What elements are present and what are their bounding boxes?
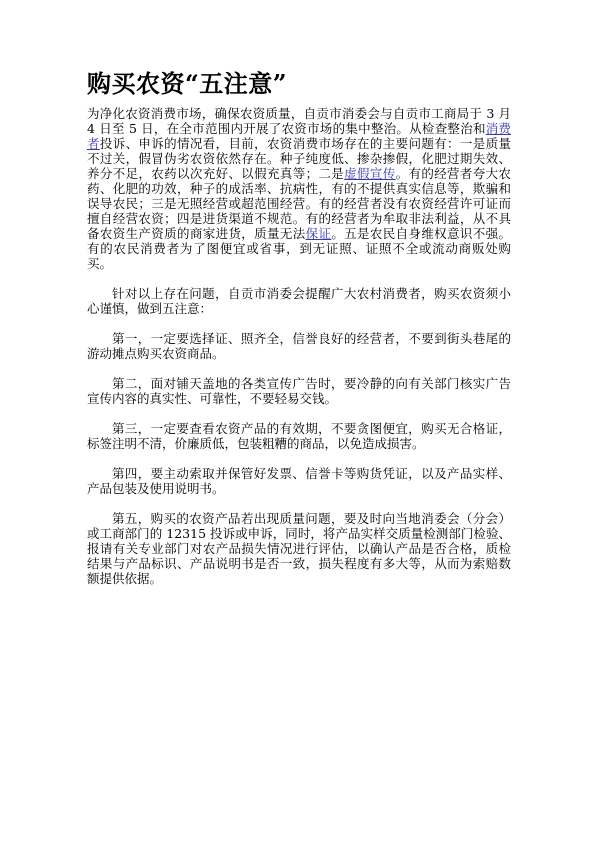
paragraph-point-3: 第三，一定要查看农资产品的有效期，不要贪图便宜，购买无合格证，标签注明不清，价廉… [87, 421, 511, 451]
paragraph-point-2: 第二，面对铺天盖地的各类宣传广告时，要冷静的向有关部门核实广告宣传内容的真实性、… [87, 376, 511, 406]
link-guarantee[interactable]: 保证 [306, 226, 332, 241]
intro-text-1: 为净化农资消费市场，确保农资质量，自贡市消委会与自贡市工商局于 3 月 4 日至… [87, 106, 511, 136]
paragraph-reminder: 针对以上存在问题，自贡市消委会提醒广大农村消费者，购买农资须小心谨慎，做到五注意… [87, 286, 511, 316]
paragraph-point-1: 第一，一定要选择证、照齐全，信誉良好的经营者，不要到街头巷尾的游动摊点购买农资商… [87, 331, 511, 361]
link-false-advertising[interactable]: 虚假宣传 [344, 166, 395, 181]
document-page: 购买农资“五注意” 为净化农资消费市场，确保农资质量，自贡市消委会与自贡市工商局… [0, 0, 595, 842]
document-title: 购买农资“五注意” [87, 70, 511, 98]
paragraph-intro: 为净化农资消费市场，确保农资质量，自贡市消委会与自贡市工商局于 3 月 4 日至… [87, 106, 511, 271]
paragraph-point-5: 第五，购买的农资产品若出现质量问题，要及时向当地消委会（分会）或工商部门的 12… [87, 511, 511, 586]
paragraph-point-4: 第四，要主动索取并保管好发票、信誉卡等购货凭证，以及产品实样、产品包装及使用说明… [87, 466, 511, 496]
document-body: 为净化农资消费市场，确保农资质量，自贡市消委会与自贡市工商局于 3 月 4 日至… [87, 106, 511, 586]
